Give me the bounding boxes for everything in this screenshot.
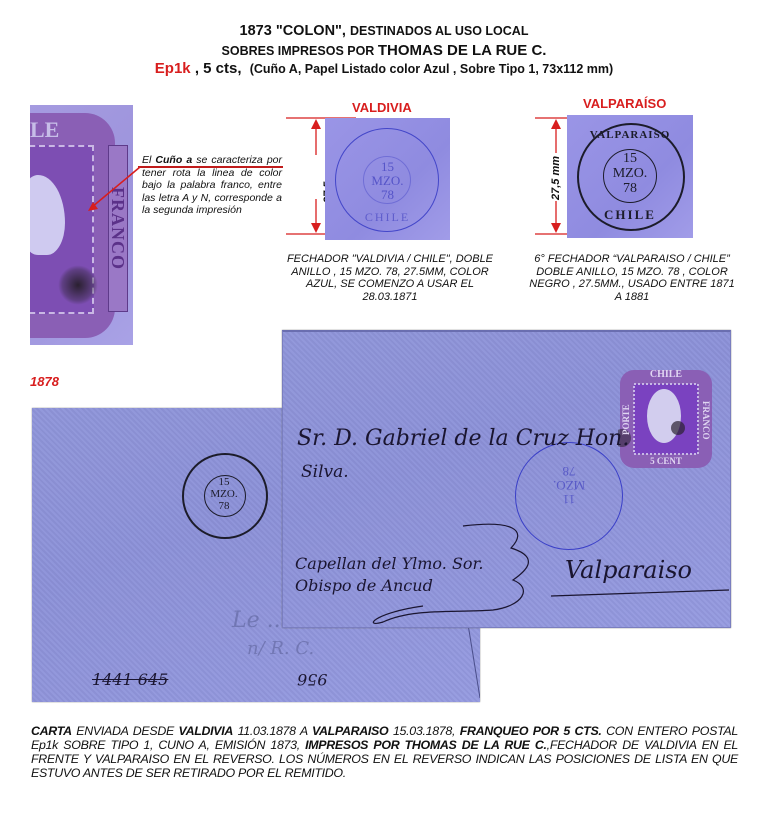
cuno-note: El Cuño a se caracteriza por tener rota … bbox=[142, 154, 282, 217]
title-line-2: SOBRES IMPRESOS POR THOMAS DE LA RUE C. bbox=[0, 42, 768, 59]
catalog-code: Ep1k bbox=[155, 60, 191, 77]
title-destinados: DESTINADOS AL USO LOCAL bbox=[350, 24, 528, 38]
postmark-title-valdivia: VALDIVIA bbox=[352, 100, 412, 115]
measure-label-valparaiso: 27,5 mm bbox=[550, 153, 562, 203]
caption-bold-run: FRANQUEO POR 5 CTS. bbox=[460, 724, 602, 738]
title-sobres: SOBRES IMPRESOS POR bbox=[222, 44, 375, 58]
postmark-image-valdivia: 15 MZO. 78 CHILE bbox=[325, 118, 450, 240]
year-label: 1878 bbox=[30, 374, 59, 389]
caption-bold-run: VALDIVIA bbox=[179, 724, 234, 738]
stamp-right-text: FRANCO bbox=[699, 386, 711, 454]
face-value: , 5 cts, bbox=[195, 60, 242, 77]
destination-city: Valparaiso bbox=[565, 556, 692, 584]
address-line-1: Sr. D. Gabriel de la Cruz Hon. bbox=[297, 426, 629, 451]
title-line-1: 1873 "COLON", DESTINADOS AL USO LOCAL bbox=[0, 23, 768, 39]
address-line-2: Silva. bbox=[301, 462, 349, 482]
caption-bold-run: VALPARAISO bbox=[312, 724, 388, 738]
postmark-title-valparaiso: VALPARAÍSO bbox=[583, 96, 666, 111]
cuno-label: Cuño a bbox=[155, 154, 192, 166]
caption-run: ENVIADA DESDE bbox=[72, 724, 179, 738]
caption-run: 11.03.1878 A bbox=[233, 724, 312, 738]
list-numbers: 956 bbox=[297, 670, 328, 689]
pencil-note-1: Le ... bbox=[232, 608, 288, 633]
struck-numbers: 1441 645 bbox=[92, 670, 168, 689]
caption-valdivia: FECHADOR "VALDIVIA / CHILE", DOBLE ANILL… bbox=[284, 253, 496, 303]
description-paragraph: CARTA ENVIADA DESDE VALDIVIA 11.03.1878 … bbox=[31, 724, 738, 780]
postmark-image-valparaiso: 15 MZO. 78 CHILE VALPARAISO bbox=[567, 115, 693, 238]
caption-valparaiso: 6° FECHADOR “VALPARAISO / CHILE” DOBLE A… bbox=[528, 253, 736, 303]
title-colon: 1873 "COLON", bbox=[240, 23, 346, 39]
stamp-top-word: LE bbox=[30, 117, 59, 143]
title-thomas: THOMAS DE LA RUE C. bbox=[378, 42, 547, 59]
specification: (Cuño A, Papel Listado color Azul , Sobr… bbox=[250, 62, 614, 76]
stamp-top-text: CHILE bbox=[638, 369, 694, 380]
stamp-detail-image: LE FRANCO bbox=[30, 105, 133, 345]
stamp-bottom-text: 5 CENT bbox=[638, 456, 694, 466]
envelope-front-image: CHILE PORTE FRANCO 5 CENT 11 MZO. 78 Sr.… bbox=[282, 330, 731, 628]
arrow-icon bbox=[80, 165, 150, 215]
pencil-note-2: n/ R. C. bbox=[247, 638, 314, 659]
caption-run: 15.03.1878, bbox=[388, 724, 459, 738]
caption-bold-run: CARTA bbox=[31, 724, 72, 738]
printed-stamp: CHILE PORTE FRANCO 5 CENT bbox=[618, 364, 714, 474]
title-line-3: Ep1k , 5 cts, (Cuño A, Papel Listado col… bbox=[0, 60, 768, 77]
caption-bold-run: IMPRESOS POR THOMAS DE LA RUE C. bbox=[305, 738, 547, 752]
